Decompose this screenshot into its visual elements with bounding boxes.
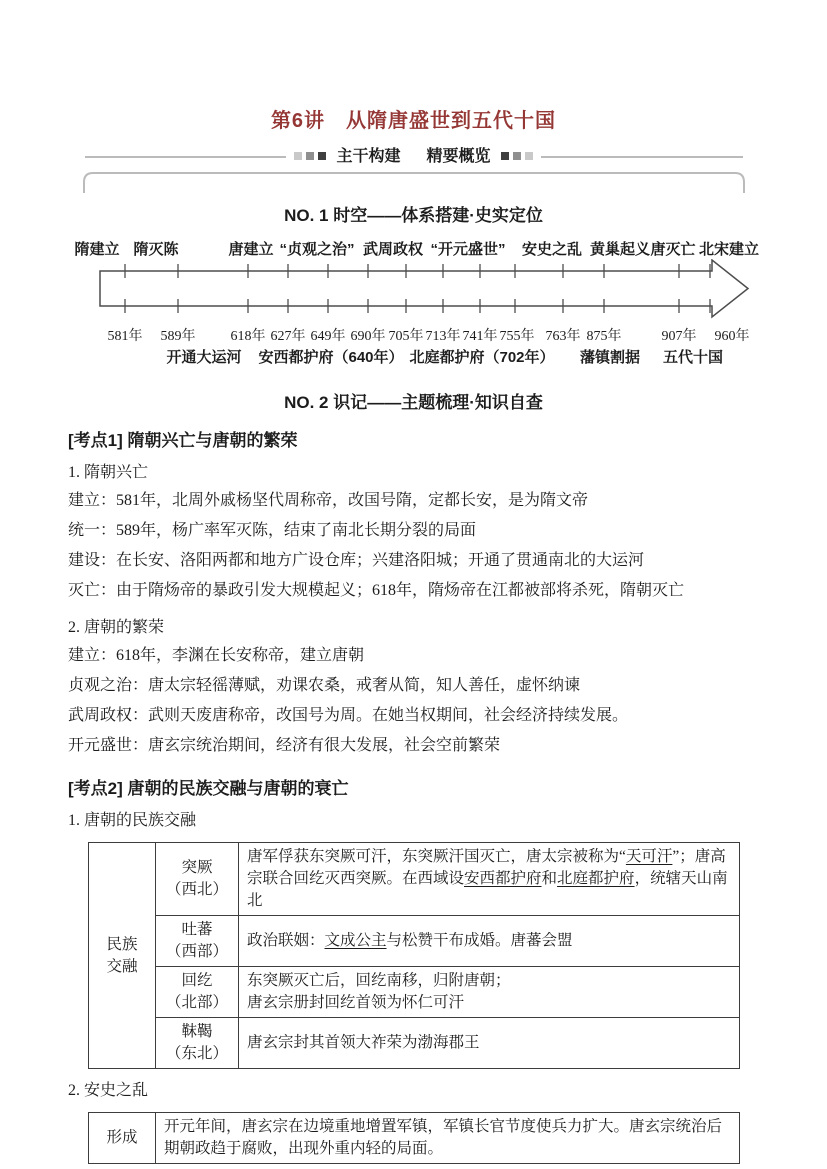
kaodian1-sub1-title: 1. 隋朝兴亡 — [68, 460, 769, 486]
table-cell-content: 开元年间，唐玄宗在边境重地增置军镇，军镇长官节度使兵力扩大。唐玄宗统治后期朝政趋… — [156, 1113, 740, 1164]
table-row: 吐蕃 （西部） 政治联姻：文成公主与松赞干布成婚。唐蕃会盟 — [89, 916, 740, 967]
text-line: 武周政权：武则天废唐称帝，改国号为周。在她当权期间，社会经济持续发展。 — [68, 701, 769, 731]
table-row: 回纥 （北部） 东突厥灭亡后，回纥南移，归附唐朝； 唐玄宗册封回纥首领为怀仁可汗 — [89, 967, 740, 1018]
kaodian1-title: [考点1] 隋朝兴亡与唐朝的繁荣 — [68, 426, 769, 451]
timeline-event-label: 唐建立 — [228, 238, 273, 259]
text-line: 建立：618年，李渊在长安称帝，建立唐朝 — [68, 641, 769, 671]
timeline-event-label: 隋灭陈 — [133, 238, 178, 259]
square-deco-icon — [501, 152, 509, 160]
timeline-event-label: 隋建立 — [74, 238, 119, 259]
banner-frame — [83, 169, 745, 193]
timeline-year-label: 649年 — [311, 325, 346, 345]
table-cell-name: 吐蕃 （西部） — [156, 916, 239, 967]
banner-label: 主干构建精要概览 — [286, 146, 540, 168]
text-line: 贞观之治：唐太宗轻徭薄赋，劝课农桑，戒奢从简，知人善任，虚怀纳谏 — [68, 671, 769, 701]
timeline-year-label: 589年 — [161, 325, 196, 345]
timeline-year-label: 690年 — [351, 325, 386, 345]
table-cell-content: 唐玄宗封其首领大祚荣为渤海郡王 — [239, 1018, 740, 1069]
table-cell-name: 靺鞨 （东北） — [156, 1018, 239, 1069]
kaodian2-title: [考点2] 唐朝的民族交融与唐朝的衰亡 — [68, 774, 769, 799]
timeline-year-label: 627年 — [271, 325, 306, 345]
text-line: 灭亡：由于隋炀帝的暴政引发大规模起义；618年，隋炀帝在江都被部将杀死，隋朝灭亡 — [68, 576, 769, 606]
section1-heading: NO. 1 时空——体系搭建·史实定位 — [0, 201, 827, 226]
square-deco-icon — [318, 152, 326, 160]
square-deco-icon — [525, 152, 533, 160]
timeline-year-label: 741年 — [463, 325, 498, 345]
text-line: 开元盛世：唐玄宗统治期间，经济有很大发展，社会空前繁荣 — [68, 731, 769, 761]
text-line: 建设：在长安、洛阳两都和地方广设仓库；兴建洛阳城；开通了贯通南北的大运河 — [68, 546, 769, 576]
table-row: 民族 交融 突厥 （西北） 唐军俘获东突厥可汗，东突厥汗国灭亡，唐太宗被称为“天… — [89, 843, 740, 916]
kaodian1-sub2-title: 2. 唐朝的繁荣 — [68, 615, 769, 641]
timeline-arrow — [0, 259, 770, 323]
timeline-year-label: 960年 — [715, 325, 750, 345]
table-cell-content: 唐军俘获东突厥可汗，东突厥汗国灭亡，唐太宗被称为“天可汗”；唐高宗联合回纥灭西突… — [239, 843, 740, 916]
timeline-event-label: 黄巢起义 — [590, 238, 650, 259]
timeline-year-label: 618年 — [231, 325, 266, 345]
content-area: [考点1] 隋朝兴亡与唐朝的繁荣 1. 隋朝兴亡 建立：581年，北周外戚杨坚代… — [68, 426, 769, 1164]
timeline-year-label: 907年 — [662, 325, 697, 345]
kaodian2-sub1-title: 1. 唐朝的民族交融 — [68, 808, 769, 834]
text-line: 建立：581年，北周外戚杨坚代周称帝，改国号隋，定都长安，是为隋文帝 — [68, 486, 769, 516]
table-cell-name: 回纥 （北部） — [156, 967, 239, 1018]
table-cell-name: 突厥 （西北） — [156, 843, 239, 916]
kaodian2-sub2-title: 2. 安史之乱 — [68, 1078, 769, 1104]
timeline-note-label: 五代十国 — [663, 346, 723, 367]
timeline-event-label: 武周政权 — [363, 238, 423, 259]
timeline-year-label: 875年 — [587, 325, 622, 345]
banner: 主干构建精要概览 — [83, 146, 745, 193]
page-title: 第6讲 从隋唐盛世到五代十国 — [0, 0, 827, 133]
timeline-year-label: 705年 — [389, 325, 424, 345]
ethnic-integration-table: 民族 交融 突厥 （西北） 唐军俘获东突厥可汗，东突厥汗国灭亡，唐太宗被称为“天… — [88, 842, 740, 1069]
timeline-year-label: 713年 — [426, 325, 461, 345]
timeline-event-label: “开元盛世” — [430, 238, 505, 259]
timeline-note-label: 安西都护府（640年） — [258, 346, 403, 367]
timeline-note-label: 藩镇割据 — [580, 346, 640, 367]
table-row: 形成 开元年间，唐玄宗在边境重地增置军镇，军镇长官节度使兵力扩大。唐玄宗统治后期… — [89, 1113, 740, 1164]
table-cell-content: 东突厥灭亡后，回纥南移，归附唐朝； 唐玄宗册封回纥首领为怀仁可汗 — [239, 967, 740, 1018]
banner-label-right: 精要概览 — [427, 148, 491, 165]
anshi-rebellion-table: 形成 开元年间，唐玄宗在边境重地增置军镇，军镇长官节度使兵力扩大。唐玄宗统治后期… — [88, 1112, 740, 1164]
timeline-year-label: 755年 — [500, 325, 535, 345]
timeline: 隋建立 隋灭陈 唐建立 “贞观之治” 武周政权 “开元盛世” 安史之乱 黄巢起义… — [0, 238, 827, 370]
square-deco-icon — [294, 152, 302, 160]
timeline-note-label: 开通大运河 — [166, 346, 241, 367]
banner-label-left: 主干构建 — [336, 148, 400, 165]
timeline-note-label: 北庭都护府（702年） — [409, 346, 554, 367]
square-deco-icon — [513, 152, 521, 160]
timeline-event-label: 安史之乱 — [522, 238, 582, 259]
section2-heading: NO. 2 识记——主题梳理·知识自查 — [0, 388, 827, 413]
timeline-event-label: “贞观之治” — [279, 238, 354, 259]
timeline-event-label: 唐灭亡 — [650, 238, 695, 259]
document-page: 第6讲 从隋唐盛世到五代十国 主干构建精要概览 NO. 1 时空——体系搭建·史… — [0, 0, 827, 1169]
table-row: 靺鞨 （东北） 唐玄宗封其首领大祚荣为渤海郡王 — [89, 1018, 740, 1069]
square-deco-icon — [306, 152, 314, 160]
table-cell-group: 形成 — [89, 1113, 156, 1164]
table-cell-group: 民族 交融 — [89, 843, 156, 1069]
table-cell-content: 政治联姻：文成公主与松赞干布成婚。唐蕃会盟 — [239, 916, 740, 967]
text-line: 统一：589年，杨广率军灭陈，结束了南北长期分裂的局面 — [68, 516, 769, 546]
timeline-year-label: 581年 — [108, 325, 143, 345]
timeline-event-label: 北宋建立 — [699, 238, 759, 259]
timeline-year-label: 763年 — [546, 325, 581, 345]
